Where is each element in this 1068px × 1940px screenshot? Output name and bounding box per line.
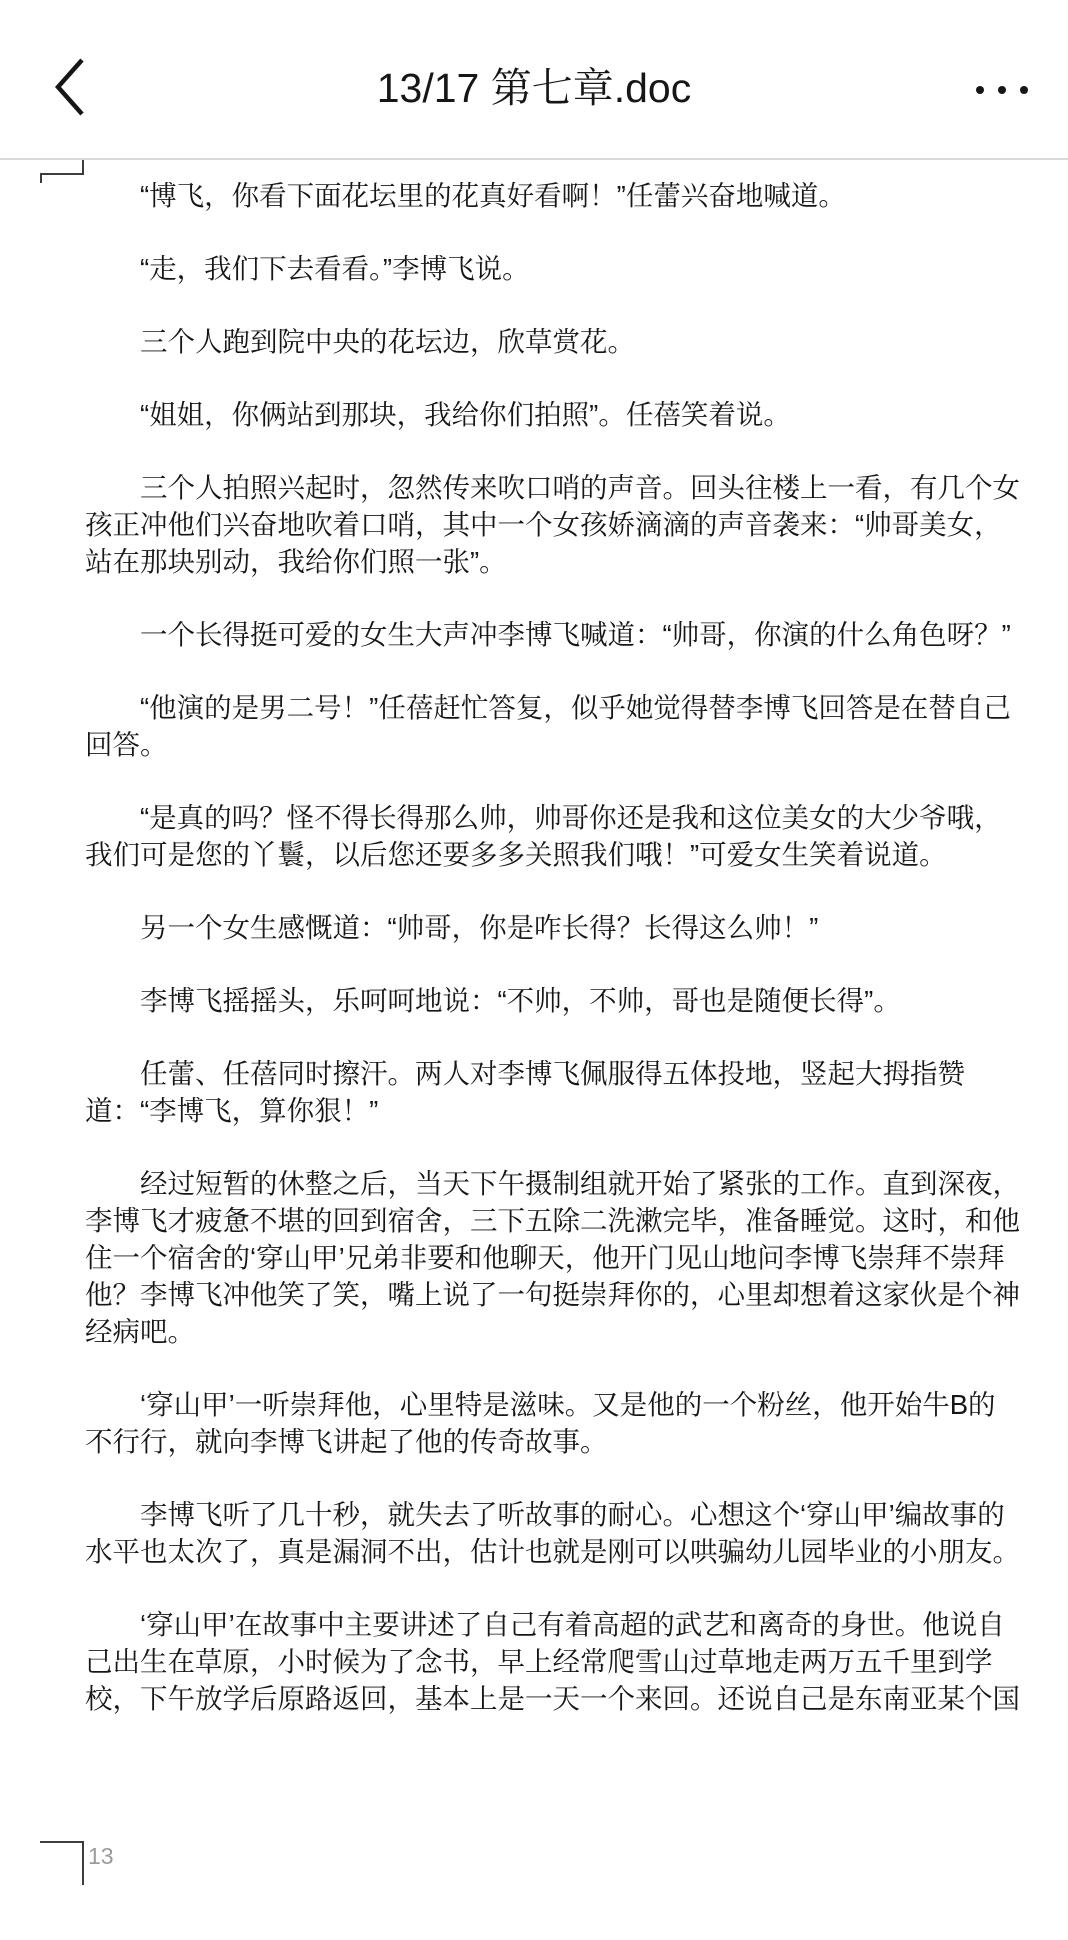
paragraph: 经过短暂的休整之后，当天下午摄制组就开始了紧张的工作。直到深夜，李博飞才疲惫不堪… [85, 1165, 1022, 1350]
paragraph: 三个人跑到院中央的花坛边，欣草赏花。 [85, 323, 1022, 360]
paragraph: 李博飞摇摇头，乐呵呵地说：“不帅，不帅，哥也是随便长得”。 [85, 982, 1022, 1019]
chevron-left-icon [51, 106, 87, 121]
header-bar: 13/17 第七章.doc [0, 0, 1068, 160]
paragraph: “他演的是男二号！”任蓓赶忙答复，似乎她觉得替李博飞回答是在替自己回答。 [85, 689, 1022, 763]
paragraph: ‘穿山甲’一听崇拜他，心里特是滋味。又是他的一个粉丝，他开始牛B的不行行，就向李… [85, 1386, 1022, 1460]
ellipsis-icon [962, 70, 1042, 110]
paragraph: 李博飞听了几十秒，就失去了听故事的耐心。心想这个‘穿山甲’编故事的水平也太次了，… [85, 1496, 1022, 1570]
document-title: 13/17 第七章.doc [140, 64, 928, 112]
paragraph: 任蕾、任蓓同时擦汗。两人对李博飞佩服得五体投地，竖起大拇指赞道：“李博飞，算你狠… [85, 1055, 1022, 1129]
document-page: “博飞，你看下面花坛里的花真好看啊！”任蕾兴奋地喊道。 “走，我们下去看看。”李… [85, 162, 1022, 1753]
paragraph: 一个长得挺可爱的女生大声冲李博飞喊道：“帅哥，你演的什么角色呀？” [85, 616, 1022, 653]
page-corner-mark-top-tick [40, 175, 42, 183]
paragraph: “是真的吗？怪不得长得那么帅，帅哥你还是我和这位美女的大少爷哦，我们可是您的丫鬟… [85, 799, 1022, 873]
ellipsis-dot [998, 86, 1006, 94]
back-button[interactable] [44, 50, 94, 126]
paragraph: “走，我们下去看看。”李博飞说。 [85, 250, 1022, 287]
paragraph: “姐姐，你俩站到那块，我给你们拍照”。任蓓笑着说。 [85, 396, 1022, 433]
paragraph: 另一个女生感慨道：“帅哥，你是咋长得？长得这么帅！” [85, 909, 1022, 946]
doc-viewer-app: 13/17 第七章.doc “博飞，你看下面花坛里的花真好看啊！”任蕾兴奋地喊道… [0, 0, 1068, 1940]
paragraph: ‘穿山甲’在故事中主要讲述了自己有着高超的武艺和离奇的身世。他说自己出生在草原，… [85, 1606, 1022, 1717]
page-corner-mark-bottom [40, 1841, 84, 1885]
ellipsis-dot [1020, 86, 1028, 94]
paragraph: “博飞，你看下面花坛里的花真好看啊！”任蕾兴奋地喊道。 [85, 177, 1022, 214]
ellipsis-dot [976, 86, 984, 94]
page-number-label: 13 [88, 1843, 114, 1870]
paragraph: 三个人拍照兴起时，忽然传来吹口哨的声音。回头往楼上一看，有几个女孩正冲他们兴奋地… [85, 469, 1022, 580]
more-button[interactable] [962, 70, 1042, 110]
page-corner-mark-top [40, 160, 84, 175]
